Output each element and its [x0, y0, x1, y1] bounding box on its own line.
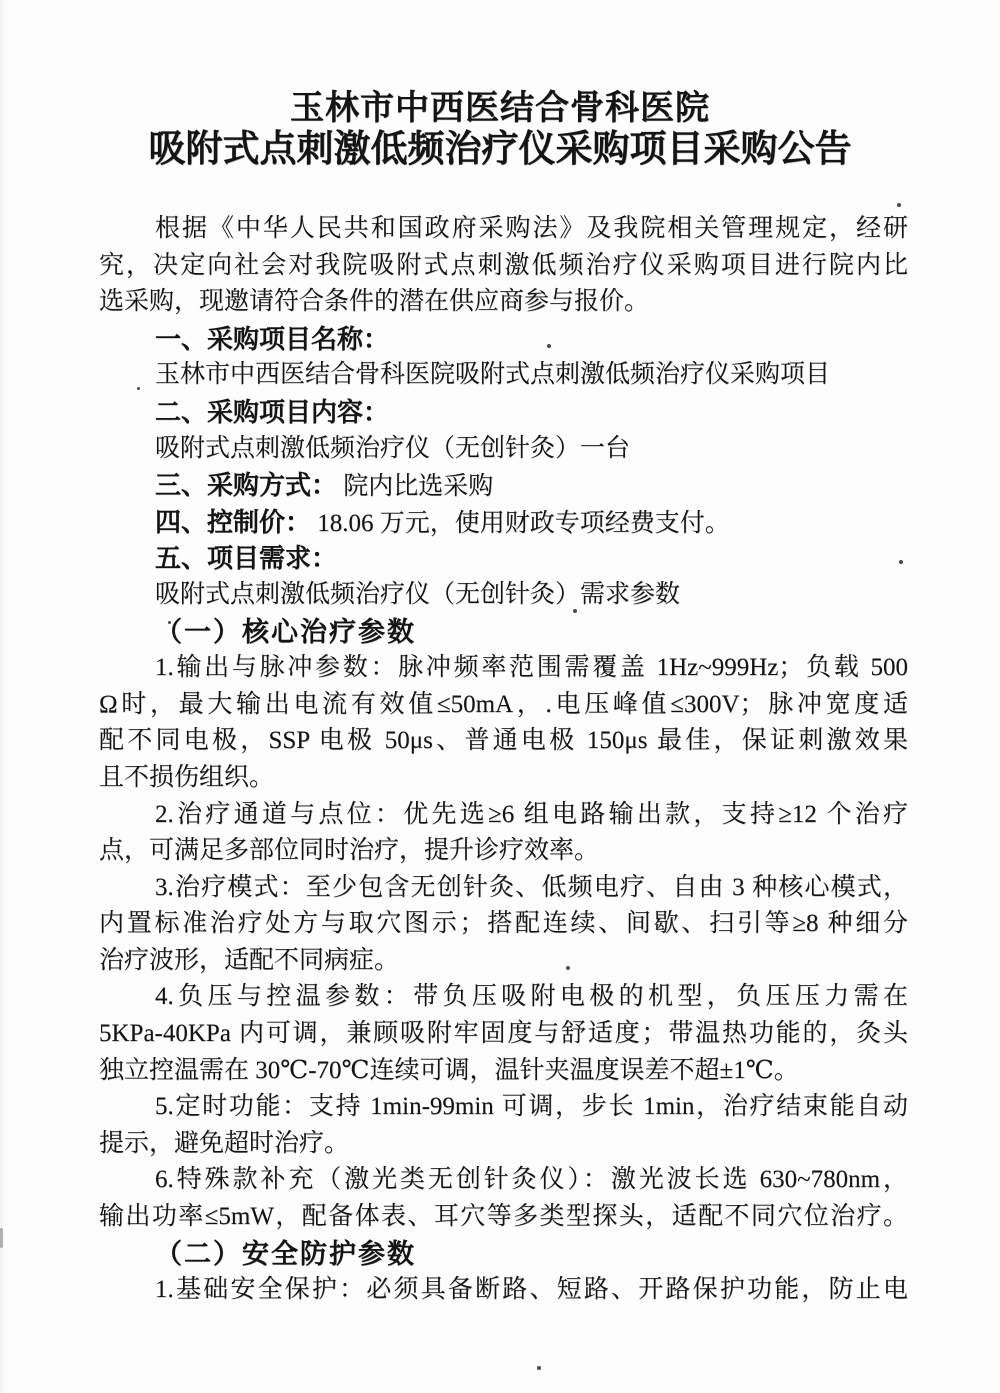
text-line: 配不同电极，SSP 电极 50μs、普通电极 150μs 最佳，保证刺激效果: [99, 723, 908, 760]
body-text: 5.定时功能：支持 1min-99min 可调，步长 1min，治疗结束能自动: [155, 1093, 908, 1120]
scan-ink-dot: [899, 560, 903, 564]
subheading-text: （一）核心治疗参数: [155, 617, 416, 647]
body-text: Ω时，最大输出电流有效值≤50mA，.电压峰值≤300V；脉冲宽度适: [99, 691, 908, 718]
heading-label: 一、采购项目名称：: [155, 324, 389, 354]
heading-label: 五、项目需求：: [155, 543, 337, 573]
heading-label: 四、控制价：: [155, 507, 311, 537]
body-text: 输出功率≤5mW，配备体表、耳穴等多类型探头，适配不同穴位治疗。: [99, 1203, 908, 1230]
heading-label: 二、采购项目内容：: [155, 397, 389, 427]
body-text: 1.输出与脉冲参数：脉冲频率范围需覆盖 1Hz~999Hz；负载 500: [155, 654, 908, 681]
text-line: 三、采购方式： 院内比选采购: [99, 467, 908, 504]
scan-ink-dot: [547, 344, 551, 348]
body-text: 院内比选采购: [337, 473, 493, 500]
body-text: 治疗波形，适配不同病症。: [99, 947, 399, 974]
body-text: 配不同电极，SSP 电极 50μs、普通电极 150μs 最佳，保证刺激效果: [99, 727, 908, 754]
text-line: 5.定时功能：支持 1min-99min 可调，步长 1min，治疗结束能自动: [99, 1089, 908, 1126]
text-line: 4.负压与控温参数：带负压吸附电极的机型，负压压力需在: [99, 979, 908, 1016]
scan-ink-dot: [137, 387, 140, 390]
text-line: 点，可满足多部位同时治疗，提升诊疗效率。: [99, 833, 908, 870]
text-line: 1.基础安全保护：必须具备断路、短路、开路保护功能，防止电: [99, 1272, 908, 1309]
text-line: （二）安全防护参数: [99, 1236, 908, 1273]
text-line: 四、控制价： 18.06 万元，使用财政专项经费支付。: [99, 504, 908, 541]
text-line: 玉林市中西医结合骨科医院吸附式点刺激低频治疗仪采购项目: [99, 357, 908, 394]
scan-ink-streak: [0, 1228, 3, 1248]
text-line: 独立控温需在 30℃-70℃连续可调，温针夹温度误差不超±1℃。: [99, 1053, 908, 1090]
text-line: 6.特殊款补充（激光类无创针灸仪）：激光波长选 630~780nm，: [99, 1162, 908, 1199]
text-line: 1.输出与脉冲参数：脉冲频率范围需覆盖 1Hz~999Hz；负载 500: [99, 650, 908, 687]
scan-ink-dot: [566, 966, 570, 970]
scan-ink-dot: [897, 203, 901, 207]
body-text: 究，决定向社会对我院吸附式点刺激低频治疗仪采购项目进行院内比: [99, 252, 908, 279]
text-line: 一、采购项目名称：: [99, 321, 908, 358]
document-title-line2: 吸附式点刺激低频治疗仪采购项目采购公告: [0, 128, 1000, 172]
body-text: 吸附式点刺激低频治疗仪（无创针灸）需求参数: [155, 581, 680, 608]
body-text: 且不损伤组织。: [99, 764, 274, 791]
body-text: 选采购，现邀请符合条件的潜在供应商参与报价。: [99, 288, 649, 315]
text-line: 根据《中华人民共和国政府采购法》及我院相关管理规定，经研: [99, 211, 908, 248]
scan-ink-dot: [168, 621, 171, 624]
subheading-text: （二）安全防护参数: [155, 1239, 416, 1269]
body-text: 1.基础安全保护：必须具备断路、短路、开路保护功能，防止电: [155, 1276, 908, 1303]
text-line: （一）核心治疗参数: [99, 614, 908, 651]
text-line: 2.治疗通道与点位：优先选≥6 组电路输出款，支持≥12 个治疗: [99, 797, 908, 834]
body-text: 吸附式点刺激低频治疗仪（无创针灸）一台: [155, 435, 630, 462]
body-text: 独立控温需在 30℃-70℃连续可调，温针夹温度误差不超±1℃。: [99, 1057, 799, 1084]
body-text: 6.特殊款补充（激光类无创针灸仪）：激光波长选 630~780nm，: [155, 1166, 908, 1193]
scan-ink-dot: [573, 609, 577, 613]
body-text: 4.负压与控温参数：带负压吸附电极的机型，负压压力需在: [155, 983, 908, 1010]
text-line: 5KPa-40KPa 内可调，兼顾吸附牢固度与舒适度；带温热功能的，灸头: [99, 1016, 908, 1053]
text-line: 吸附式点刺激低频治疗仪（无创针灸）需求参数: [99, 577, 908, 614]
text-line: 五、项目需求：: [99, 540, 908, 577]
body-text: 点，可满足多部位同时治疗，提升诊疗效率。: [99, 837, 599, 864]
body-text: 内置标准治疗处方与取穴图示；搭配连续、间歇、扫引等≥8 种细分: [99, 910, 908, 937]
heading-label: 三、采购方式：: [155, 470, 337, 500]
text-line: 且不损伤组织。: [99, 760, 908, 797]
text-line: 选采购，现邀请符合条件的潜在供应商参与报价。: [99, 284, 908, 321]
body-text: 根据《中华人民共和国政府采购法》及我院相关管理规定，经研: [155, 215, 908, 242]
document-page: 玉林市中西医结合骨科医院 吸附式点刺激低频治疗仪采购项目采购公告 根据《中华人民…: [0, 0, 1000, 1393]
scan-ink-dot: [537, 1366, 541, 1370]
body-text: 2.治疗通道与点位：优先选≥6 组电路输出款，支持≥12 个治疗: [155, 801, 908, 828]
text-line: 3.治疗模式：至少包含无创针灸、低频电疗、自由 3 种核心模式，: [99, 870, 908, 907]
document-title-line1: 玉林市中西医结合骨科医院: [0, 90, 1000, 128]
text-line: 提示，避免超时治疗。: [99, 1126, 908, 1163]
body-text: 提示，避免超时治疗。: [99, 1130, 349, 1157]
text-line: 二、采购项目内容：: [99, 394, 908, 431]
text-line: Ω时，最大输出电流有效值≤50mA，.电压峰值≤300V；脉冲宽度适: [99, 687, 908, 724]
text-line: 究，决定向社会对我院吸附式点刺激低频治疗仪采购项目进行院内比: [99, 248, 908, 285]
text-line: 输出功率≤5mW，配备体表、耳穴等多类型探头，适配不同穴位治疗。: [99, 1199, 908, 1236]
body-text: 5KPa-40KPa 内可调，兼顾吸附牢固度与舒适度；带温热功能的，灸头: [99, 1020, 908, 1047]
body-text: 18.06 万元，使用财政专项经费支付。: [311, 510, 730, 537]
document-title: 玉林市中西医结合骨科医院 吸附式点刺激低频治疗仪采购项目采购公告: [0, 0, 1000, 172]
text-line: 内置标准治疗处方与取穴图示；搭配连续、间歇、扫引等≥8 种细分: [99, 906, 908, 943]
document-body: 根据《中华人民共和国政府采购法》及我院相关管理规定，经研究，决定向社会对我院吸附…: [99, 211, 908, 1309]
body-text: 3.治疗模式：至少包含无创针灸、低频电疗、自由 3 种核心模式，: [155, 874, 908, 901]
text-line: 治疗波形，适配不同病症。: [99, 943, 908, 980]
text-line: 吸附式点刺激低频治疗仪（无创针灸）一台: [99, 431, 908, 468]
body-text: 玉林市中西医结合骨科医院吸附式点刺激低频治疗仪采购项目: [155, 361, 830, 388]
